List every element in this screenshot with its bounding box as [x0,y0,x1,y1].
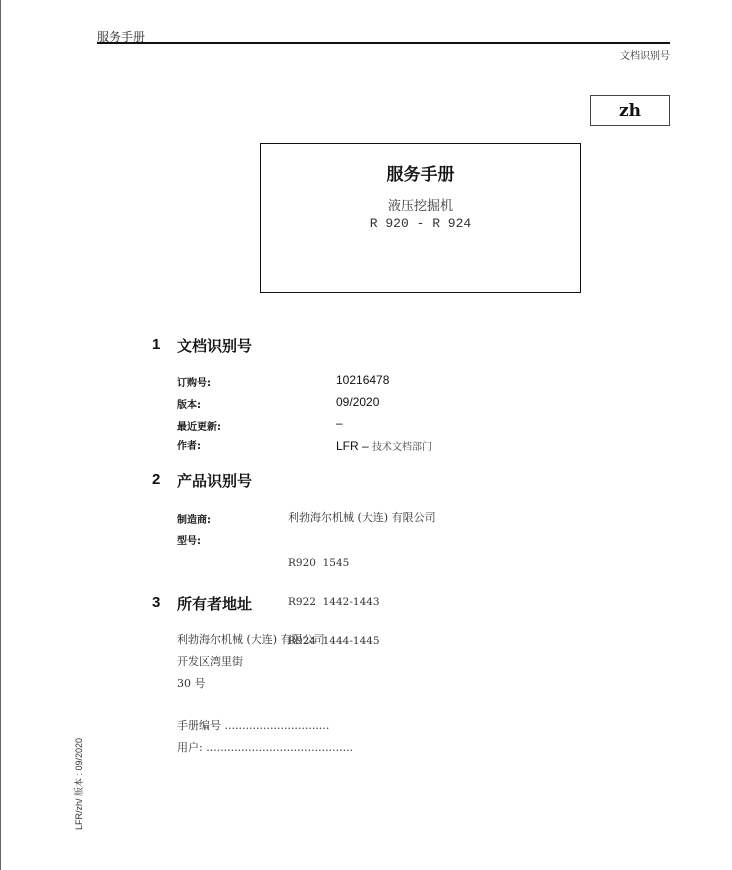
language-code-box: zh [590,95,670,126]
author-code: LFR – [336,439,372,453]
model-label: 型号: [177,532,201,547]
section-2-number: 2 [152,471,160,488]
order-number-value: 10216478 [336,373,389,387]
manufacturer-value: 利勃海尔机械 (大连) 有限公司 [288,509,436,525]
version-value: 09/2020 [336,395,379,409]
manual-title: 服务手册 [261,160,580,185]
last-update-value: – [336,416,343,430]
section-1-title: 文档识别号 [177,335,252,356]
last-update-label: 最近更新: [177,418,221,433]
page-left-border [0,0,1,870]
order-number-label: 订购号: [177,374,211,389]
author-label: 作者: [177,437,201,452]
section-1-number: 1 [152,336,160,353]
title-box: 服务手册 液压挖掘机 R 920 - R 924 [260,143,581,293]
address-line-company: 利勃海尔机械 (大连) 有限公司 [177,631,325,647]
section-3-title: 所有者地址 [177,593,252,614]
manufacturer-label: 制造商: [177,511,211,526]
address-line-street: 开发区湾里街 [177,653,243,669]
section-3-number: 3 [152,594,160,611]
language-code: zh [619,101,641,121]
model-item: R920 1545 [288,557,380,570]
header-doc-id-label: 文档识别号 [620,47,670,62]
version-label: 版本: [177,396,201,411]
user-line: 用户: ....................................… [177,739,353,755]
author-department: 技术文档部门 [372,442,432,453]
section-2-title: 产品识别号 [177,470,252,491]
model-range: R 920 - R 924 [261,215,580,232]
address-line-number: 30 号 [177,675,206,691]
manual-number-line: 手册编号 .............................. [177,717,329,733]
machine-type: 液压挖掘机 [261,198,580,215]
author-value: LFR – 技术文档部门 [336,435,432,454]
header-rule [97,42,670,44]
side-version-note: LFR/zh/ 版本 : 09/2020 [72,738,85,830]
model-item: R922 1442-1443 [288,596,380,609]
